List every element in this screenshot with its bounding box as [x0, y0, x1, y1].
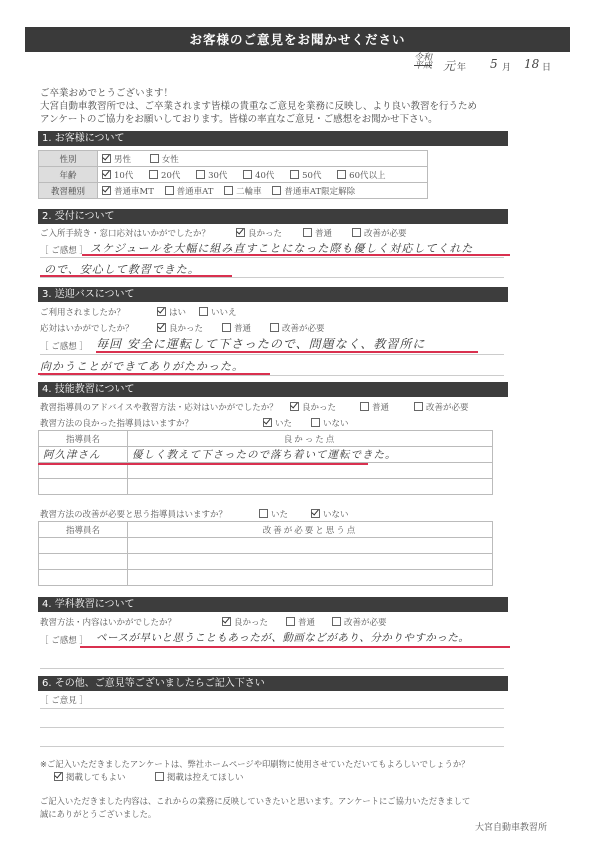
- checkbox-checked-icon[interactable]: [263, 418, 272, 427]
- reception-normal-option[interactable]: 普通: [303, 227, 332, 239]
- improve-points-cell[interactable]: [128, 538, 493, 554]
- good-points-cell[interactable]: [128, 479, 493, 495]
- bus-service-question: 応対はいかがでしたか？: [40, 322, 134, 334]
- bus-use-no-option[interactable]: いいえ: [199, 306, 237, 318]
- course-type-label: 教習種別: [39, 183, 98, 199]
- table-row: [39, 538, 493, 554]
- highlight-underline: [96, 351, 478, 353]
- bus-comment-label: ［ ご感想 ］: [40, 340, 88, 352]
- checkbox-checked-icon[interactable]: [222, 617, 231, 626]
- good-instructor-yes-option[interactable]: いた: [263, 417, 292, 429]
- checkbox-icon[interactable]: [243, 170, 252, 179]
- checkbox-icon[interactable]: [155, 772, 164, 781]
- checkbox-icon[interactable]: [414, 402, 423, 411]
- checkbox-icon[interactable]: [259, 509, 268, 518]
- intro-line: ご卒業おめでとうございます！: [40, 87, 477, 100]
- checkbox-icon[interactable]: [272, 186, 281, 195]
- checkbox-checked-icon[interactable]: [102, 154, 111, 163]
- checkbox-checked-icon[interactable]: [102, 186, 111, 195]
- thanks-line2: 誠にありがとうございました。: [40, 808, 156, 820]
- checkbox-icon[interactable]: [165, 186, 174, 195]
- improve-points-cell[interactable]: [128, 570, 493, 586]
- consent-question: ※ご記入いただきましたアンケートは、弊社ホームページや印刷物に使用させていただい…: [40, 758, 469, 770]
- age-row: 年齢 10代 20代 30代 40代 50代 60代以上: [39, 167, 428, 183]
- organization-name: 大宮自動車教習所: [475, 822, 547, 834]
- improve-instructor-yes-option[interactable]: いた: [259, 508, 288, 520]
- date-day: 18: [524, 57, 539, 71]
- improve-points-cell[interactable]: [128, 554, 493, 570]
- highlight-underline: [82, 254, 510, 256]
- era-written: 令和: [414, 50, 432, 63]
- intro-line: 大宮自動車教習所では、ご卒業されます皆様の貴重なご意見を業務に反映し、より良い教…: [40, 100, 477, 113]
- checkbox-icon[interactable]: [352, 228, 361, 237]
- checkbox-checked-icon[interactable]: [157, 307, 166, 316]
- highlight-underline: [80, 646, 510, 648]
- consent-no-option[interactable]: 掲載は控えてほしい: [155, 771, 244, 783]
- checkbox-icon[interactable]: [332, 617, 341, 626]
- table-header: 指導員名 良かった点: [39, 431, 493, 447]
- bus-normal-option[interactable]: 普通: [222, 322, 251, 334]
- classroom-normal-option[interactable]: 普通: [286, 616, 315, 628]
- reception-improve-option[interactable]: 改善が必要: [352, 227, 407, 239]
- age-40s-option[interactable]: 40代: [243, 171, 274, 181]
- ruled-line[interactable]: [40, 727, 504, 728]
- course-at-release-option[interactable]: 普通車AT限定解除: [272, 187, 355, 197]
- checkbox-checked-icon[interactable]: [157, 323, 166, 332]
- checkbox-icon[interactable]: [337, 170, 346, 179]
- instructor-name-cell[interactable]: [39, 538, 128, 554]
- course-type-row: 教習種別 普通車MT 普通車AT 二輪車 普通車AT限定解除: [39, 183, 428, 199]
- checkbox-icon[interactable]: [150, 154, 159, 163]
- section-header-classroom-lessons: 4. 学科教習について: [38, 597, 508, 612]
- checkbox-icon[interactable]: [303, 228, 312, 237]
- instructor-name-cell[interactable]: [39, 554, 128, 570]
- day-unit: 日: [542, 60, 551, 73]
- age-60plus-option[interactable]: 60代以上: [337, 171, 385, 181]
- checkbox-icon[interactable]: [311, 418, 320, 427]
- instructor-name-header: 指導員名: [39, 431, 128, 447]
- date-year: 元: [443, 57, 455, 74]
- bus-comment-line1[interactable]: 毎回 安全に運転して下さったので、問題なく、教習所に: [96, 335, 425, 352]
- advice-improve-option[interactable]: 改善が必要: [414, 401, 469, 413]
- section-header-other-comments: 6. その他、ご意見等ございましたらご記入下さい: [38, 676, 508, 691]
- course-mt-option[interactable]: 普通車MT: [102, 187, 154, 197]
- course-at-option[interactable]: 普通車AT: [165, 187, 214, 197]
- table-row: 阿久津さん 優しく教えて下さったので落ち着いて運転できた。: [39, 447, 493, 463]
- checkbox-checked-icon[interactable]: [236, 228, 245, 237]
- checkbox-icon[interactable]: [196, 170, 205, 179]
- instructor-name-cell[interactable]: 阿久津さん: [39, 447, 128, 463]
- age-20s-option[interactable]: 20代: [149, 171, 180, 181]
- table-row: [39, 554, 493, 570]
- checkbox-icon[interactable]: [224, 186, 233, 195]
- table-row: [39, 479, 493, 495]
- classroom-comment-line1[interactable]: ペースが早いと思うこともあったが、動画などがあり、分かりやすかった。: [96, 630, 469, 645]
- gender-label: 性別: [39, 151, 98, 167]
- improve-instructor-question: 教習方法の改善が必要と思う指導員はいますか？: [40, 508, 227, 520]
- section-header-shuttle-bus: 3. 送迎バスについて: [38, 287, 508, 302]
- ruled-line[interactable]: [40, 746, 504, 747]
- age-label: 年齢: [39, 167, 98, 183]
- form-title: お客様のご意見をお聞かせください: [25, 27, 570, 52]
- instructor-name-cell[interactable]: [39, 570, 128, 586]
- good-points-cell[interactable]: 優しく教えて下さったので落ち着いて運転できた。: [128, 447, 493, 463]
- ruled-line: [40, 668, 504, 669]
- course-motorcycle-option[interactable]: 二輪車: [224, 187, 262, 197]
- month-unit: 月: [502, 60, 511, 73]
- checkbox-icon[interactable]: [199, 307, 208, 316]
- year-unit: 年: [457, 60, 466, 73]
- instructor-advice-question: 教習指導員のアドバイスや教習方法・応対はいかがでしたか？: [40, 401, 278, 413]
- age-30s-option[interactable]: 30代: [196, 171, 227, 181]
- advice-normal-option[interactable]: 普通: [360, 401, 389, 413]
- improve-instructor-table: 指導員名 改善が必要と思う点: [38, 521, 493, 586]
- highlight-underline: [38, 463, 368, 465]
- bus-good-option[interactable]: 良かった: [157, 322, 203, 334]
- reception-question: ご入所手続き・窓口応対はいかがでしたか？: [40, 227, 210, 239]
- instructor-name-cell[interactable]: [39, 479, 128, 495]
- date-month: 5: [490, 57, 498, 71]
- date-era: 令和 平成: [414, 57, 432, 71]
- checkbox-checked-icon[interactable]: [290, 402, 299, 411]
- reception-comment-label: ［ ご感想 ］: [40, 244, 88, 256]
- instructor-name-header: 指導員名: [39, 522, 128, 538]
- ruled-line: [40, 354, 504, 355]
- classroom-question: 教習方法・内容はいかがでしたか？: [40, 616, 176, 628]
- intro-text: ご卒業おめでとうございます！ 大宮自動車教習所では、ご卒業されます皆様の貴重なご…: [40, 87, 477, 126]
- table-header: 指導員名 改善が必要と思う点: [39, 522, 493, 538]
- gender-male-option[interactable]: 男性: [102, 155, 131, 165]
- checkbox-icon[interactable]: [270, 323, 279, 332]
- section-header-customer: 1. お客様について: [38, 131, 508, 146]
- section-header-driving-lessons: 4. 技能教習について: [38, 382, 508, 397]
- checkbox-icon[interactable]: [360, 402, 369, 411]
- gender-female-option[interactable]: 女性: [150, 155, 179, 165]
- improve-points-header: 改善が必要と思う点: [128, 522, 493, 538]
- good-points-header: 良かった点: [128, 431, 493, 447]
- checkbox-checked-icon[interactable]: [54, 772, 63, 781]
- ruled-line[interactable]: [40, 708, 504, 709]
- bus-use-question: ご利用されましたか？: [40, 306, 125, 318]
- reception-good-option[interactable]: 良かった: [236, 227, 282, 239]
- thanks-line1: ご記入いただきました内容は、これからの業務に反映していきたいと思います。アンケー…: [40, 795, 470, 807]
- checkbox-icon[interactable]: [286, 617, 295, 626]
- ruled-line: [40, 257, 504, 258]
- checkbox-icon[interactable]: [149, 170, 158, 179]
- consent-yes-option[interactable]: 掲載してもよい: [54, 771, 126, 783]
- classroom-good-option[interactable]: 良かった: [222, 616, 268, 628]
- age-50s-option[interactable]: 50代: [290, 171, 321, 181]
- classroom-comment-label: ［ ご感想 ］: [40, 634, 88, 646]
- bus-use-yes-option[interactable]: はい: [157, 306, 186, 318]
- advice-good-option[interactable]: 良かった: [290, 401, 336, 413]
- other-comment-label: ［ ご意見 ］: [40, 694, 88, 706]
- customer-info-table: 性別 男性 女性 年齢 10代 20代 30代 40代 50代 60代以上 教習…: [38, 150, 428, 199]
- classroom-improve-option[interactable]: 改善が必要: [332, 616, 387, 628]
- good-instructor-question: 教習方法の良かった指導員はいますか？: [40, 417, 193, 429]
- checkbox-icon[interactable]: [222, 323, 231, 332]
- good-instructor-no-option[interactable]: いない: [311, 417, 349, 429]
- checkbox-checked-icon[interactable]: [102, 170, 111, 179]
- bus-improve-option[interactable]: 改善が必要: [270, 322, 325, 334]
- intro-line: アンケートのご協力をお願いしております。皆様の率直なご意見・ご感想をお聞かせ下さ…: [40, 113, 477, 126]
- section-header-reception: 2. 受付について: [38, 209, 508, 224]
- ruled-line: [40, 375, 504, 376]
- checkbox-checked-icon[interactable]: [311, 509, 320, 518]
- checkbox-icon[interactable]: [290, 170, 299, 179]
- table-row: [39, 570, 493, 586]
- gender-row: 性別 男性 女性: [39, 151, 428, 167]
- improve-instructor-no-option[interactable]: いない: [311, 508, 349, 520]
- age-10s-option[interactable]: 10代: [102, 171, 133, 181]
- bus-comment-line2[interactable]: 向かうことができてありがたかった。: [40, 358, 244, 374]
- ruled-line: [40, 277, 504, 278]
